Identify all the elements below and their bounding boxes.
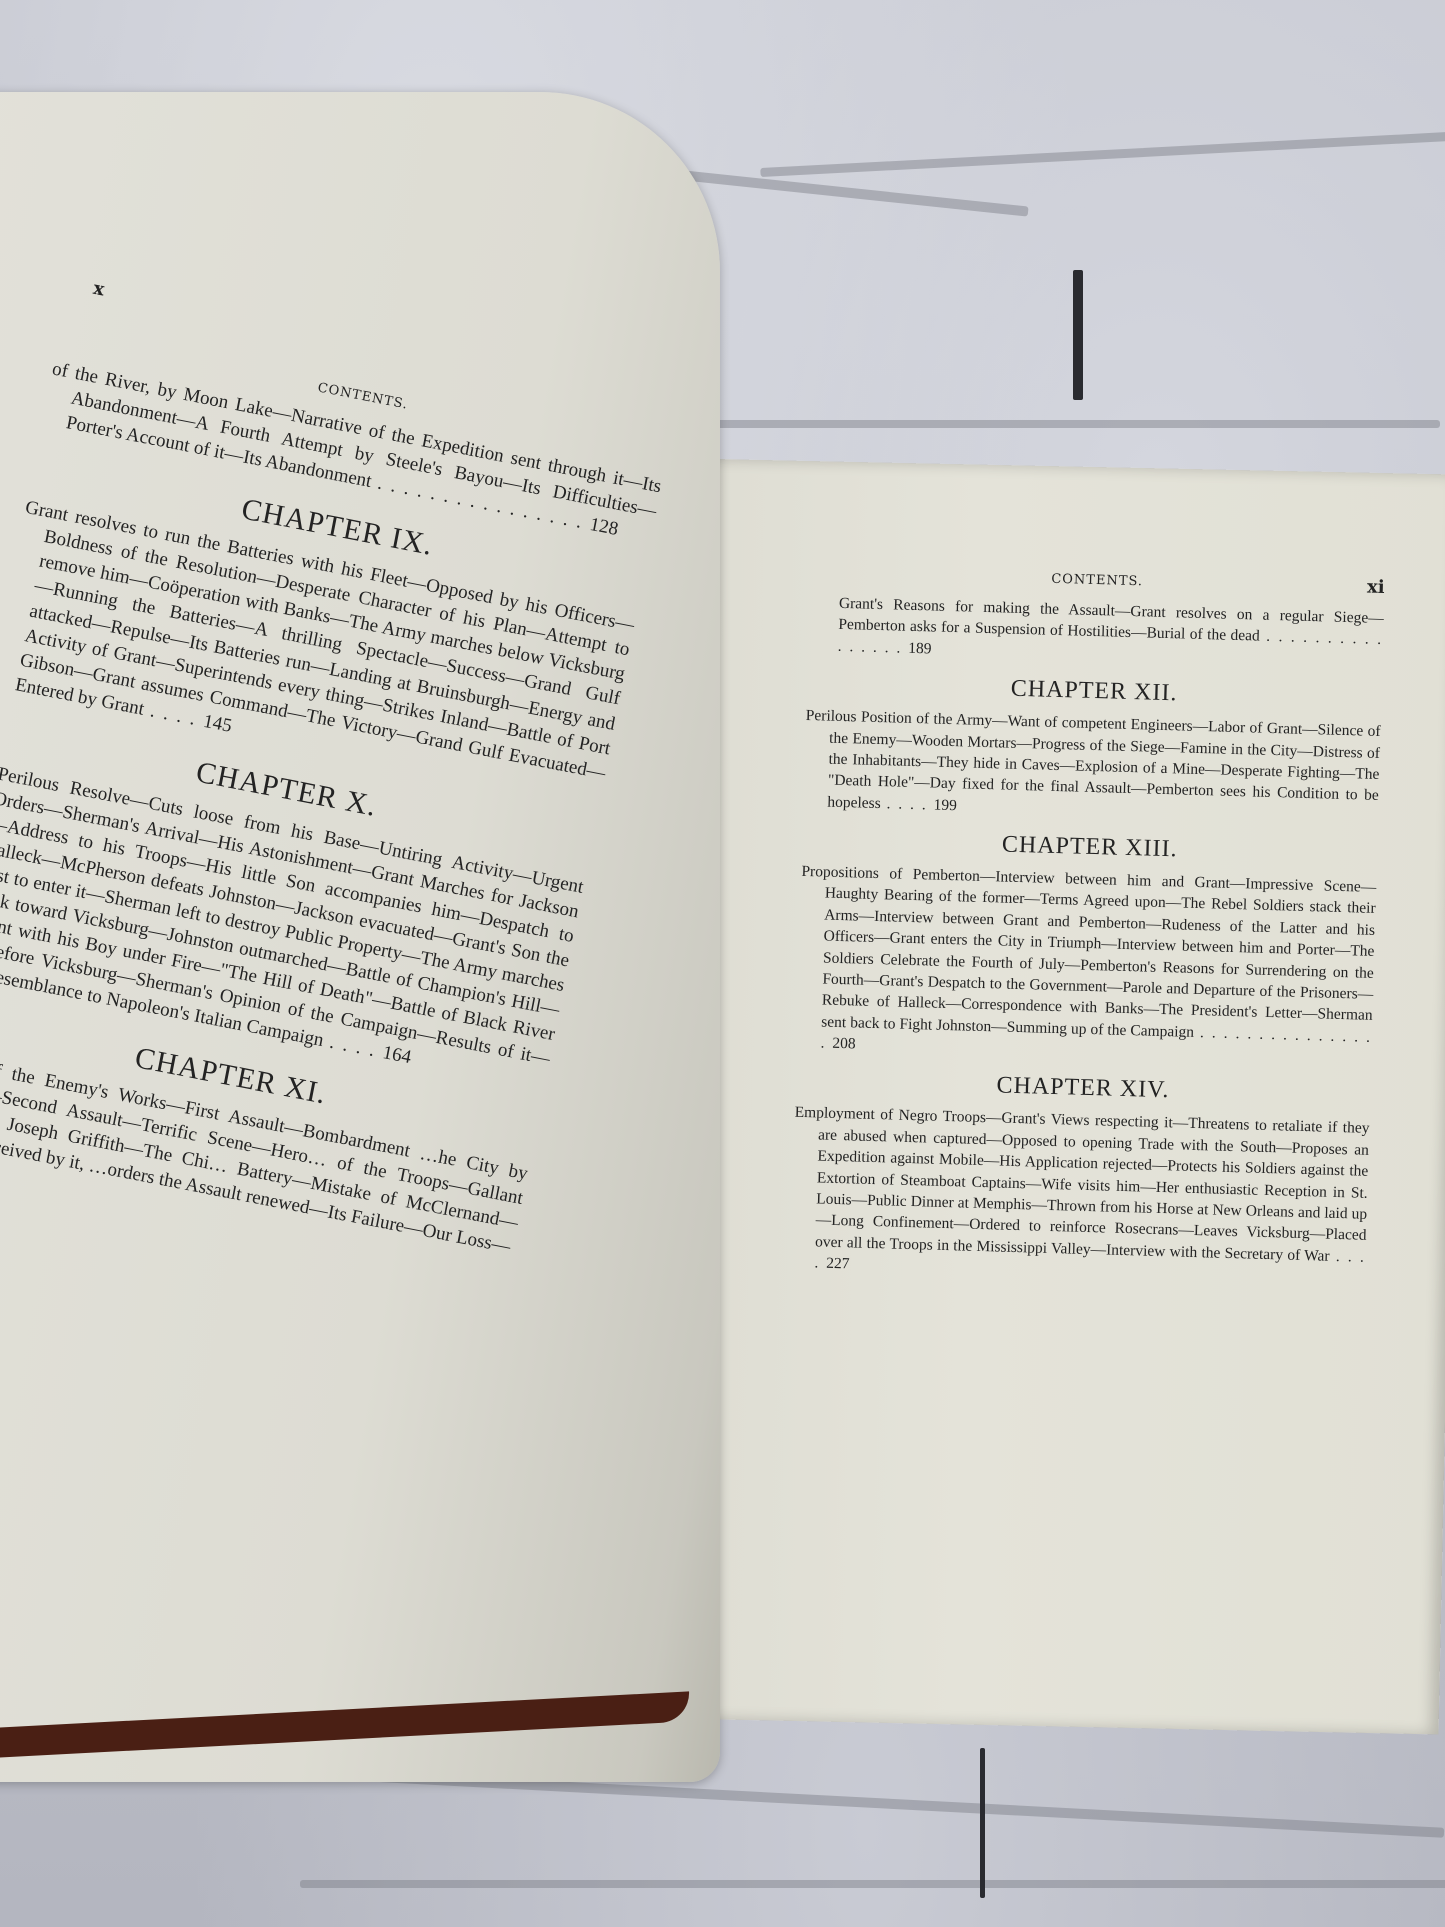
chapter-summary: Perilous Position of the Army—Want of co… [803,705,1381,828]
chapter-entry: CHAPTER XII. Perilous Position of the Ar… [803,670,1382,828]
page-reference: 189 [908,640,932,658]
page-reference: 128 [588,514,620,540]
dot-leader: . . . . [881,795,934,813]
mortar-line [640,420,1440,428]
summary-text: Employment of Negro Troops—Grant's Views… [794,1104,1369,1264]
right-page-content: xi CONTENTS. Grant's Reasons for making … [790,565,1385,1289]
page-reference: 227 [826,1255,850,1273]
wall-crack [1073,270,1083,400]
page-reference: 208 [832,1035,856,1053]
page-reference: 199 [933,796,957,814]
continued-entry: Grant's Reasons for making the Assault—G… [807,592,1384,672]
chapter-entry: CHAPTER XIII. Propositions of Pemberton—… [796,826,1377,1069]
page-reference: 145 [202,711,234,737]
chapter-summary: Propositions of Pemberton—Interview betw… [796,861,1376,1069]
mortar-line [300,1880,1445,1888]
summary-text: Propositions of Pemberton—Interview betw… [801,863,1376,1041]
page-reference: 164 [381,1043,413,1069]
chapter-entry: CHAPTER XIV. Employment of Negro Troops—… [790,1067,1371,1289]
chapter-summary: Employment of Negro Troops—Grant's Views… [790,1102,1370,1289]
mortar-line [760,132,1445,177]
page-number: xi [1367,577,1385,598]
wall-crack [980,1748,985,1898]
